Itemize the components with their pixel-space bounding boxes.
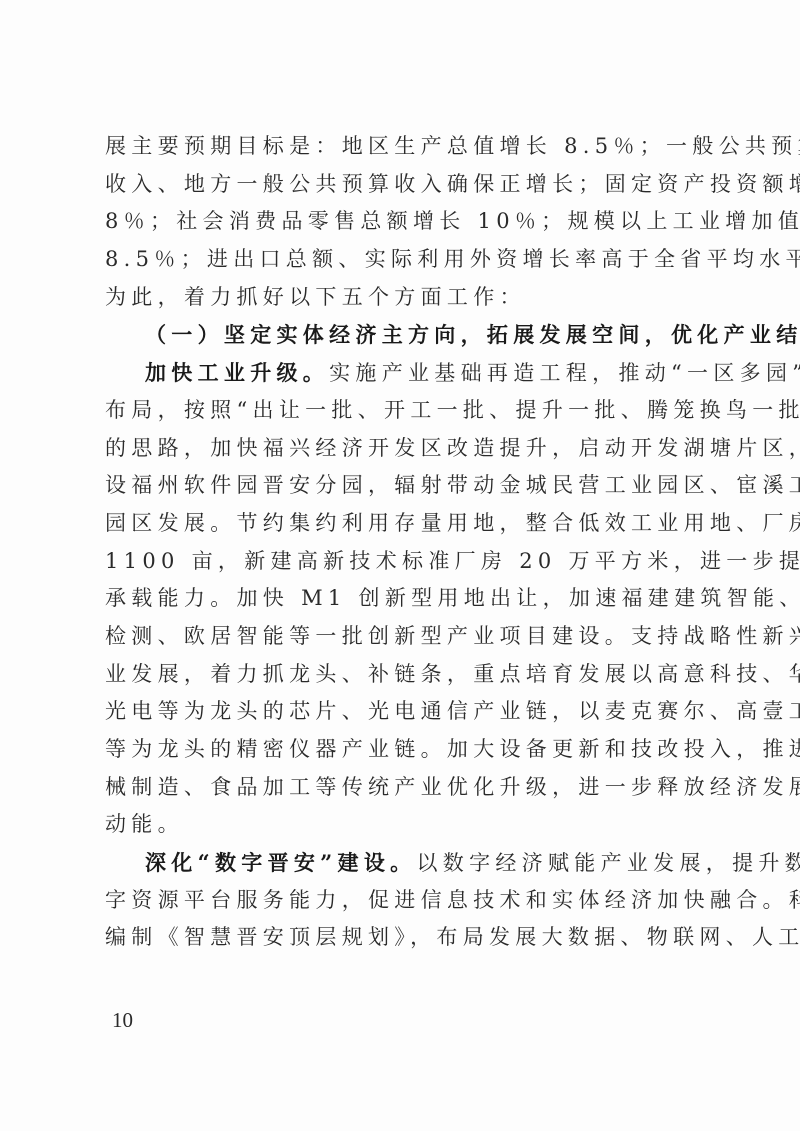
page-number: 10 (112, 1008, 133, 1033)
text-line: 8％；社会消费品零售总额增长 10％；规模以上工业增加值增长 (105, 203, 698, 241)
text-line: 展主要预期目标是：地区生产总值增长 8.5％；一般公共预算总 (105, 128, 698, 166)
text-line: 8.5％；进出口总额、实际利用外资增长率高于全省平均水平。 (105, 241, 698, 279)
text-line: 收入、地方一般公共预算收入确保正增长；固定资产投资额增长 (105, 166, 698, 204)
text-line: 设福州软件园晋安分园，辐射带动金城民营工业园区、宦溪工业 (105, 467, 698, 505)
text-line: 光电等为龙头的芯片、光电通信产业链，以麦克赛尔、高壹工机 (105, 693, 698, 731)
text-line: 械制造、食品加工等传统产业优化升级，进一步释放经济发展 (105, 769, 698, 807)
text-line: 动能。 (105, 806, 698, 844)
document-body: 展主要预期目标是：地区生产总值增长 8.5％；一般公共预算总 收入、地方一般公共… (105, 128, 698, 957)
text-line: 承载能力。加快 M1 创新型用地出让，加速福建建筑智能、永正 (105, 580, 698, 618)
paragraph-lead-title: 深化“数字晋安”建设。 (145, 850, 416, 875)
paragraph-text: 以数字经济赋能产业发展，提升数 (416, 851, 800, 875)
text-line: 1100 亩，新建高新技术标准厂房 20 万平方米，进一步提升产业 (105, 543, 698, 581)
text-line: 业发展，着力抓龙头、补链条，重点培育发展以高意科技、华科 (105, 656, 698, 694)
document-page: 展主要预期目标是：地区生产总值增长 8.5％；一般公共预算总 收入、地方一般公共… (0, 0, 800, 1131)
section-heading: （一）坚定实体经济主方向，拓展发展空间，优化产业结构 (105, 316, 698, 354)
text-line: 为此，着力抓好以下五个方面工作： (105, 279, 698, 317)
text-line: 检测、欧居智能等一批创新型产业项目建设。支持战略性新兴产 (105, 618, 698, 656)
text-line: 编制《智慧晋安顶层规划》，布局发展大数据、物联网、人工智 (105, 919, 698, 957)
text-line: 布局，按照“出让一批、开工一批、提升一批、腾笼换鸟一批” (105, 392, 698, 430)
paragraph-text: 实施产业基础再造工程，推动“一区多园” (329, 361, 800, 385)
text-line: 的思路，加快福兴经济开发区改造提升，启动开发湖塘片区，建 (105, 430, 698, 468)
paragraph-lead-title: 加快工业升级。 (145, 360, 329, 385)
paragraph-first-line: 加快工业升级。实施产业基础再造工程，推动“一区多园” (105, 354, 698, 392)
paragraph-first-line: 深化“数字晋安”建设。以数字经济赋能产业发展，提升数 (105, 844, 698, 882)
text-line: 等为龙头的精密仪器产业链。加大设备更新和技改投入，推进机 (105, 731, 698, 769)
text-line: 字资源平台服务能力，促进信息技术和实体经济加快融合。科学 (105, 882, 698, 920)
text-line: 园区发展。节约集约利用存量用地，整合低效工业用地、厂房 (105, 505, 698, 543)
